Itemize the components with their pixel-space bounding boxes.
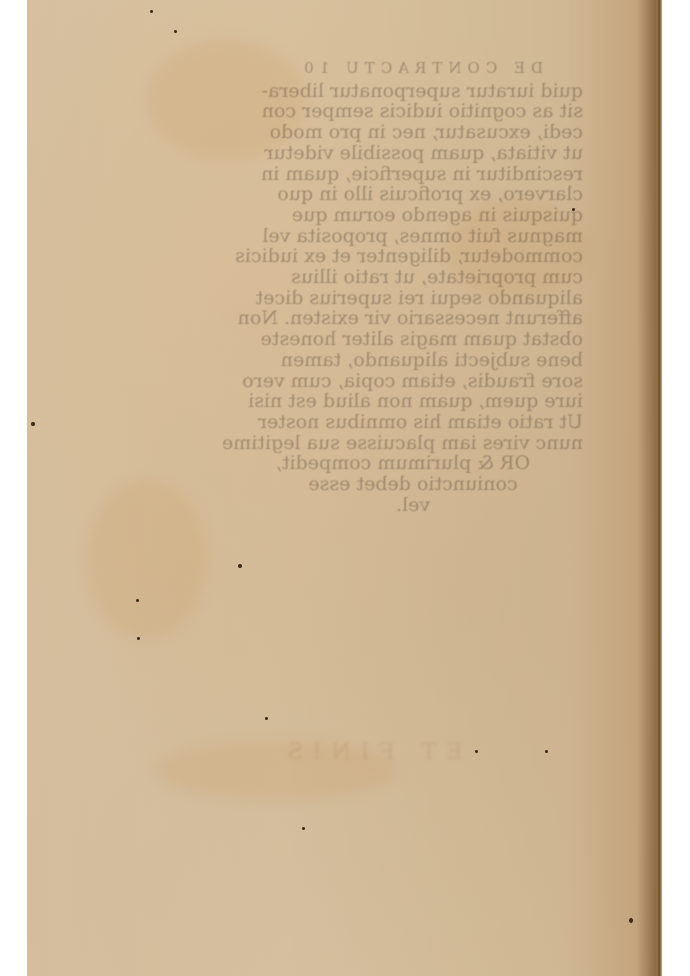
paper-speck xyxy=(136,599,139,602)
text-line: commodetur, diligenter et ex iudicis xyxy=(123,246,583,267)
text-line: nunc vires iam placuisse sua legitime xyxy=(123,433,583,454)
text-line: Ut ratio etiam his omnibus noster xyxy=(123,412,583,433)
paper-speck xyxy=(238,564,242,568)
mirrored-showthrough-text: DE CONTRACTU 10 quid iuratur superponatu… xyxy=(123,58,583,515)
text-line: sit as cognitio iudicis semper con xyxy=(123,101,583,122)
closing-line: OR & plurimum compedit, xyxy=(223,453,583,474)
faded-ornament: ET FINIS xyxy=(160,740,580,830)
running-header: DE CONTRACTU 10 xyxy=(123,58,583,79)
text-line: afferunt necessario vir existen. Non xyxy=(123,308,583,329)
closing-line: vel. xyxy=(243,495,583,516)
paper-speck xyxy=(265,717,268,720)
text-line: cum proprietate, ut ratio illius xyxy=(123,267,583,288)
text-line: clarvero, ex proficuis illo in quo xyxy=(123,184,583,205)
text-line: aliquando sequi rei superius dicet xyxy=(123,288,583,309)
text-line: sore fraudis, etiam copia, cum vero xyxy=(123,371,583,392)
text-line: magnus fuit omnes, proposita vel xyxy=(123,226,583,247)
paper-speck xyxy=(150,10,153,13)
text-line: bene subjecti aliquando, tamen xyxy=(123,350,583,371)
paper-speck xyxy=(31,422,35,426)
text-line: obstat quam magis aliter honeste xyxy=(123,329,583,350)
paper-speck xyxy=(174,30,177,33)
text-line: ut vitiata, quam possibile videtur xyxy=(123,143,583,164)
text-line: quid iuratur superponatur libera- xyxy=(123,81,583,102)
text-line: quisquis in agendo eorum que xyxy=(123,205,583,226)
closing-line: coniunctio debet esse xyxy=(243,474,583,495)
text-line: iure quem, quam non aliud est nisi xyxy=(123,391,583,412)
paper-speck xyxy=(137,637,140,640)
text-line: rescinditur in superficie, quam in xyxy=(123,164,583,185)
paper-speck xyxy=(629,918,633,923)
page-edge xyxy=(656,0,662,976)
text-line: cedi, excusatur, nec in pro modo xyxy=(123,122,583,143)
